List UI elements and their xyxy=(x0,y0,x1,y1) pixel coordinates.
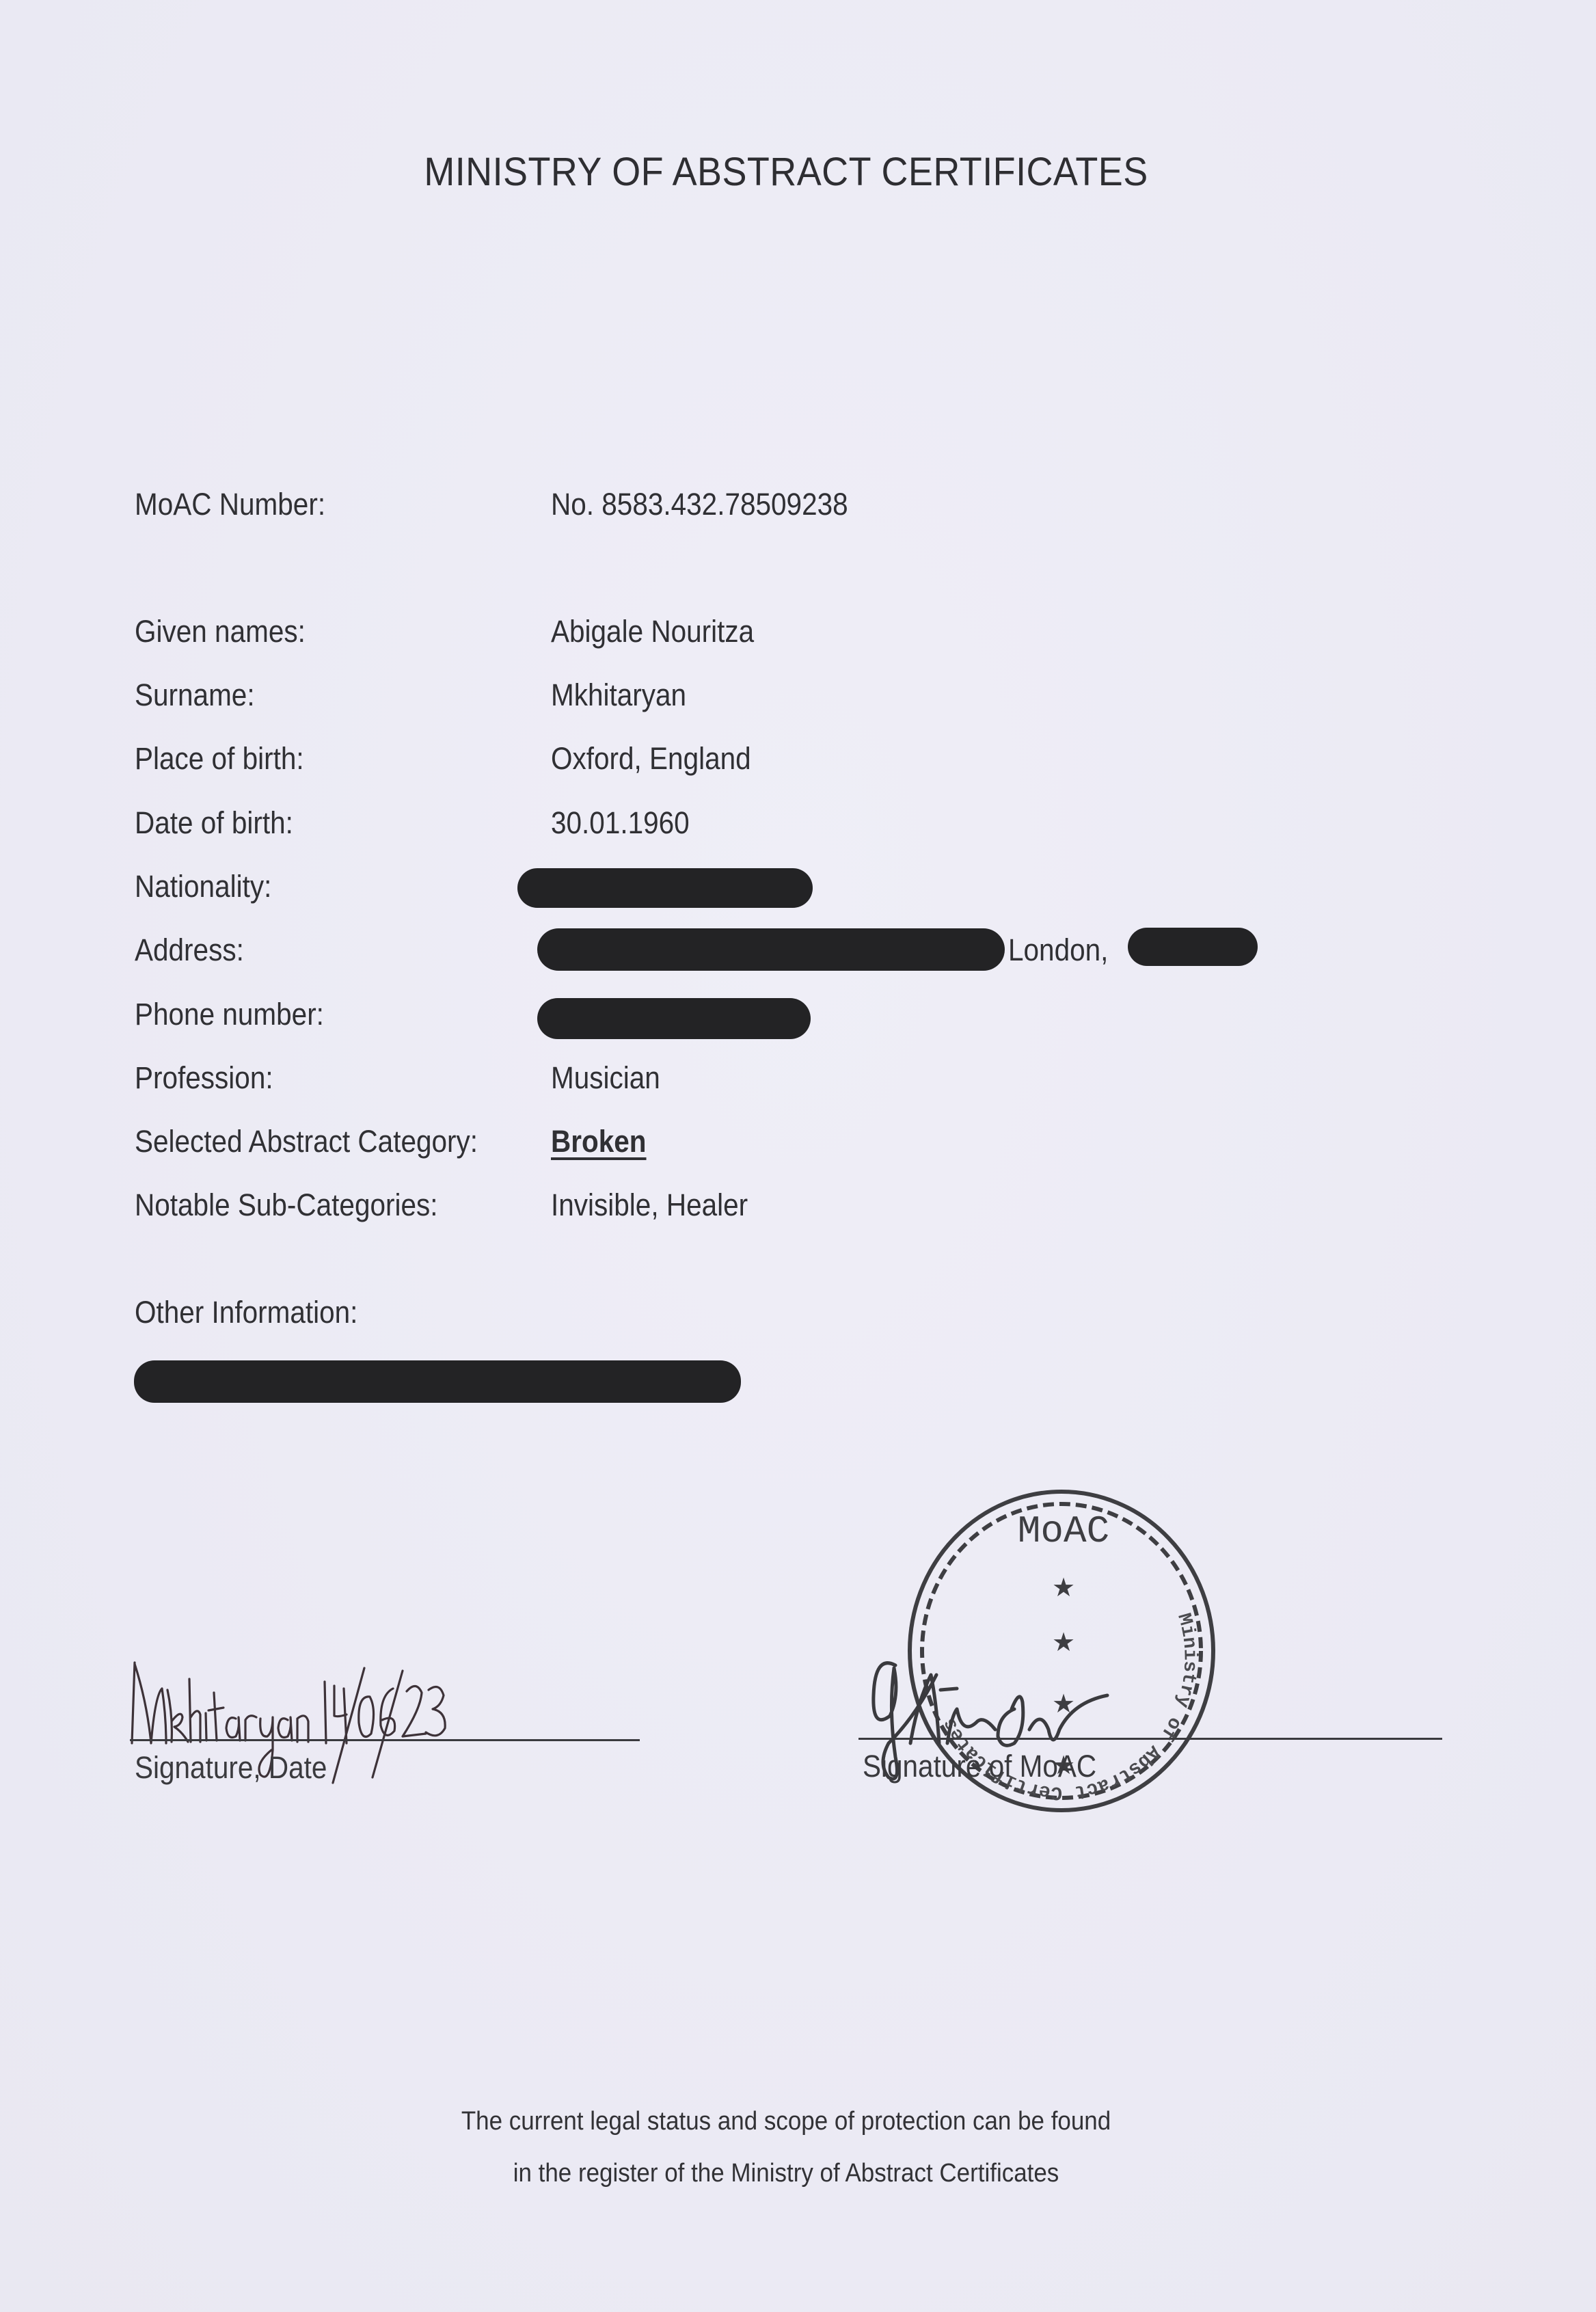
holder-signature-caption: Signature, Date xyxy=(135,1750,327,1786)
redaction-address-street xyxy=(537,928,1005,971)
document-title: MINISTRY OF ABSTRACT CERTIFICATES xyxy=(55,149,1517,195)
field-value: Abigale Nouritza xyxy=(551,614,754,649)
field-label: Date of birth: xyxy=(135,805,293,841)
redaction-other-information xyxy=(134,1360,741,1403)
field-label: Profession: xyxy=(135,1060,273,1096)
field-value-category: Broken xyxy=(551,1124,647,1159)
field-label: Given names: xyxy=(135,614,306,649)
field-place-of-birth: Place of birth: Oxford, England xyxy=(135,741,1502,782)
field-value: No. 8583.432.78509238 xyxy=(551,487,848,522)
field-date-of-birth: Date of birth: 30.01.1960 xyxy=(135,805,1502,846)
field-value: Musician xyxy=(551,1060,660,1096)
other-information: Other Information: xyxy=(135,1295,1502,1336)
field-abstract-category: Selected Abstract Category: Broken xyxy=(135,1124,1502,1165)
field-label: Nationality: xyxy=(135,869,271,904)
moac-signature-caption: Signature of MoAC xyxy=(863,1749,1096,1784)
field-given-names: Given names: Abigale Nouritza xyxy=(135,614,1502,655)
field-value: Invisible, Healer xyxy=(551,1187,748,1223)
field-label: Phone number: xyxy=(135,997,324,1032)
field-label: MoAC Number: xyxy=(135,487,325,522)
field-label: Address: xyxy=(135,932,244,968)
footer-line-2: in the register of the Ministry of Abstr… xyxy=(63,2159,1509,2188)
field-value: Oxford, England xyxy=(551,741,751,777)
holder-signature-line xyxy=(130,1739,640,1741)
redaction-nationality xyxy=(517,868,813,908)
stamp-center-text: MoAC xyxy=(1018,1509,1109,1553)
field-nationality: Nationality: xyxy=(135,869,1502,910)
field-value-city: London, xyxy=(1008,932,1108,968)
moac-signature-line xyxy=(858,1738,1442,1740)
field-value: 30.01.1960 xyxy=(551,805,690,841)
field-sub-categories: Notable Sub-Categories: Invisible, Heale… xyxy=(135,1187,1502,1228)
redaction-address-postcode xyxy=(1128,928,1258,966)
footer-line-1: The current legal status and scope of pr… xyxy=(63,2107,1509,2136)
field-label: Notable Sub-Categories: xyxy=(135,1187,438,1223)
field-label: Place of birth: xyxy=(135,741,304,777)
field-value: Mkhitaryan xyxy=(551,677,686,713)
field-surname: Surname: Mkhitaryan xyxy=(135,677,1502,718)
field-label: Surname: xyxy=(135,677,255,713)
field-moac-number: MoAC Number: No. 8583.432.78509238 xyxy=(135,487,1502,528)
redaction-phone xyxy=(537,998,811,1039)
field-label: Selected Abstract Category: xyxy=(135,1124,478,1159)
star-icon: ★ xyxy=(1052,1574,1075,1602)
other-information-label: Other Information: xyxy=(135,1295,357,1330)
field-phone-number: Phone number: xyxy=(135,997,1502,1038)
field-profession: Profession: Musician xyxy=(135,1060,1502,1101)
